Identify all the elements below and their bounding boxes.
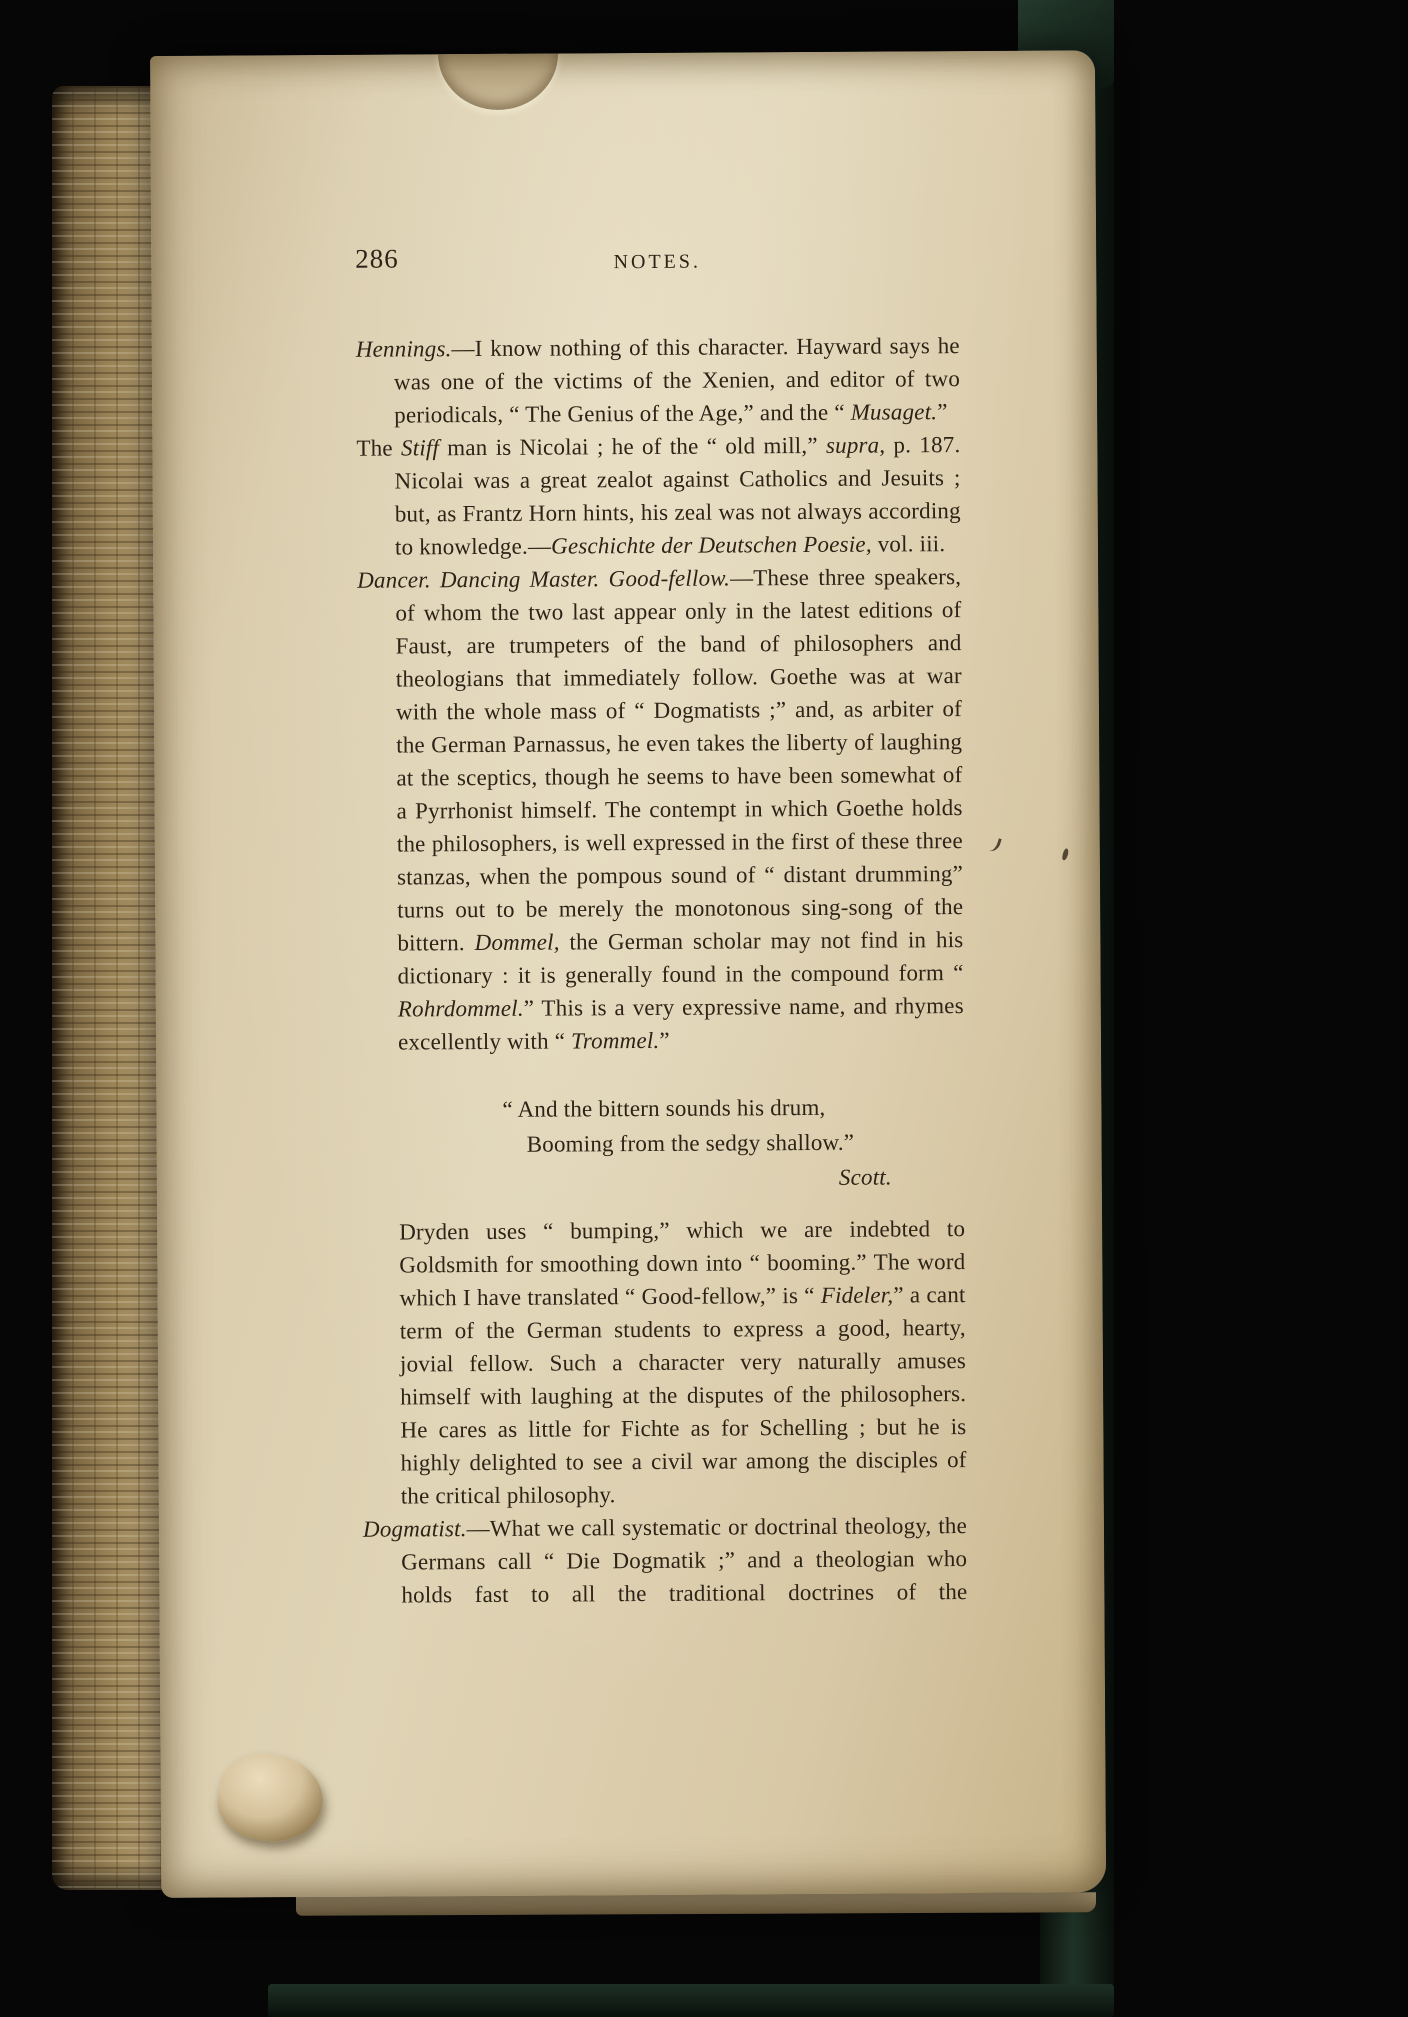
note-text: ” <box>937 399 948 424</box>
book-page: 286 NOTES. Hennings.—I know nothing of t… <box>150 50 1106 1898</box>
note-text: ” a cant term of the German students to … <box>400 1282 967 1508</box>
note-text-italic: Geschichte der Deutschen Poesie, <box>551 532 872 559</box>
note-text-italic: Fideler, <box>821 1282 894 1307</box>
note-text-italic: supra <box>826 433 880 458</box>
note-text-italic: Trommel. <box>571 1028 659 1054</box>
verse-quote: “ And the bittern sounds his drum,Boomin… <box>360 1089 965 1198</box>
printed-text-area: 286 NOTES. Hennings.—I know nothing of t… <box>355 239 967 1612</box>
ink-mark <box>985 835 1002 853</box>
note-text: ” <box>659 1028 670 1053</box>
ink-mark <box>1062 848 1070 861</box>
photo-background: 286 NOTES. Hennings.—I know nothing of t… <box>0 0 1408 2017</box>
verse-line: Booming from the sedgy shallow.” <box>527 1124 965 1162</box>
note-text: man is Nicolai ; he of the “ old mill,” <box>439 433 826 460</box>
note-paragraph: Hennings.—I know nothing of this charact… <box>356 329 961 432</box>
note-text: vol. iii. <box>872 531 946 556</box>
note-text-italic: Dancer. Dancing Master. Good-fellow. <box>357 565 730 592</box>
page-top-notch <box>438 52 558 111</box>
verse-line: “ And the bittern sounds his drum, <box>502 1089 964 1127</box>
note-text-italic: Dogmatist. <box>363 1516 467 1542</box>
note-text-italic: Hennings. <box>356 336 452 362</box>
notes-content: Hennings.—I know nothing of this charact… <box>356 329 968 1612</box>
note-paragraph: Dancer. Dancing Master. Good-fellow.—The… <box>357 560 964 1059</box>
note-text-italic: Musaget. <box>851 399 938 425</box>
running-head: NOTES. <box>355 244 959 281</box>
verse-attribution: Scott. <box>839 1159 965 1195</box>
note-text-italic: Dommel, <box>475 930 560 956</box>
note-text: —What we call systematic or doctrinal th… <box>401 1513 967 1607</box>
book-cover-edge-bottom <box>268 1984 1114 2017</box>
note-text: —These three speakers, of whom the two l… <box>395 564 963 955</box>
note-text-italic: Rohrdommel. <box>398 996 524 1022</box>
note-text-italic: Stiff <box>401 435 439 460</box>
note-text: The <box>356 435 401 460</box>
note-paragraph: Dryden uses “ bumping,” which we are ind… <box>399 1212 967 1512</box>
page-corner-curl <box>211 1746 330 1851</box>
note-paragraph: The Stiff man is Nicolai ; he of the “ o… <box>356 428 961 564</box>
note-paragraph: Dogmatist.—What we call systematic or do… <box>363 1509 968 1612</box>
page-header: 286 NOTES. <box>355 239 959 277</box>
